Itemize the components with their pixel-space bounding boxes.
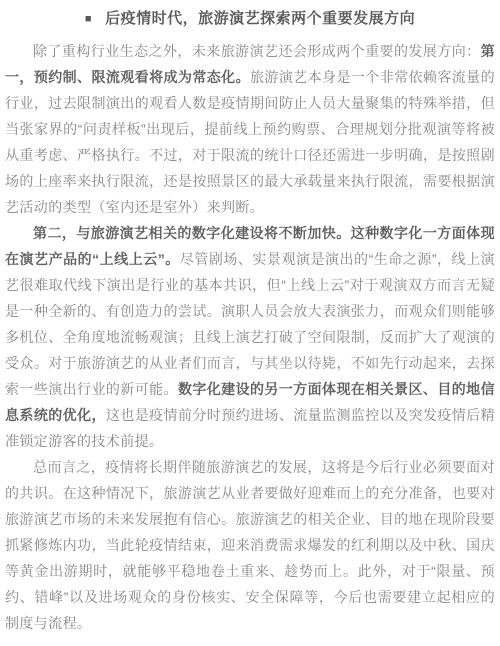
text-run: 旅游演艺本身是一个非常依赖客流量的行业，过去限制演出的观看人数是疫情期间防止人员… (5, 69, 495, 215)
paragraph: 第二，与旅游演艺相关的数字化建设将不断加快。这种数字化一方面体现在演艺产品的“上… (5, 220, 495, 454)
article-body: 除了重构行业生态之外，未来旅游演艺还会形成两个重要的发展方向：第一，预约制、限流… (5, 38, 495, 636)
paragraph: 除了重构行业生态之外，未来旅游演艺还会形成两个重要的发展方向：第一，预约制、限流… (5, 38, 495, 220)
article-page: ■后疫情时代，旅游演艺探索两个重要发展方向 除了重构行业生态之外，未来旅游演艺还… (0, 0, 500, 646)
text-run: 尽管剧场、实景观演是演出的“生命之源”，线上演艺很难取代线下演出是行业的基本共识… (5, 251, 495, 397)
article-title-text: 后疫情时代，旅游演艺探索两个重要发展方向 (105, 10, 415, 27)
paragraph: 总而言之，疫情将长期伴随旅游演艺的发展，这将是今后行业必须要面对的共识。在这种情… (5, 454, 495, 636)
text-run: 总而言之，疫情将长期伴随旅游演艺的发展，这将是今后行业必须要面对的共识。在这种情… (5, 459, 495, 631)
square-bullet-icon: ■ (85, 13, 92, 25)
article-title: ■后疫情时代，旅游演艺探索两个重要发展方向 (5, 8, 495, 31)
text-run: 除了重构行业生态之外，未来旅游演艺还会形成两个重要的发展方向： (33, 43, 481, 59)
